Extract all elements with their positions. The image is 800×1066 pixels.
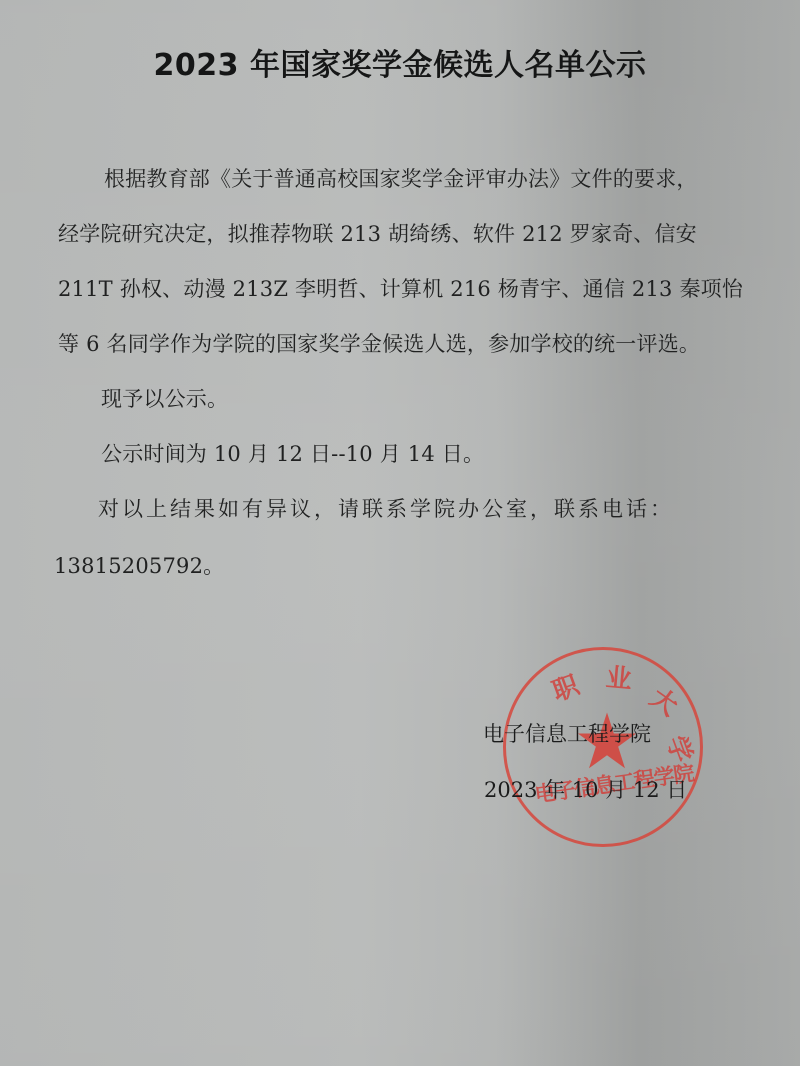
document-title: 2023 年国家奖学金候选人名单公示 bbox=[0, 40, 800, 84]
body-line-2: 经学院研究决定，拟推荐物联 213 胡绮绣、软件 212 罗家奇、信安 bbox=[58, 218, 697, 248]
paper-shading bbox=[0, 0, 800, 1066]
body-line-3: 211T 孙权、动漫 213Z 李明哲、计算机 216 杨青宇、通信 213 秦… bbox=[58, 273, 743, 303]
contact-phone: 13815205792。 bbox=[54, 550, 224, 580]
signature-date: 2023 年 10 月 12 日 bbox=[484, 774, 687, 804]
signature-department: 电子信息工程学院 bbox=[483, 718, 651, 748]
seal-ring-char-1: 职 bbox=[546, 665, 583, 709]
body-line-4: 等 6 名同学作为学院的国家奖学金候选人选，参加学校的统一评选。 bbox=[58, 328, 700, 358]
body-line-1: 根据教育部《关于普通高校国家奖学金评审办法》文件的要求， bbox=[104, 163, 698, 193]
body-line-5: 现予以公示。 bbox=[101, 383, 228, 413]
body-line-6: 公示时间为 10 月 12 日--10 月 14 日。 bbox=[101, 438, 484, 468]
seal-ring-char-2: 业 bbox=[604, 657, 633, 696]
seal-ring-char-3: 大 bbox=[644, 678, 687, 723]
body-line-7: 对以上结果如有异议，请联系学院办公室，联系电话： bbox=[98, 493, 674, 523]
